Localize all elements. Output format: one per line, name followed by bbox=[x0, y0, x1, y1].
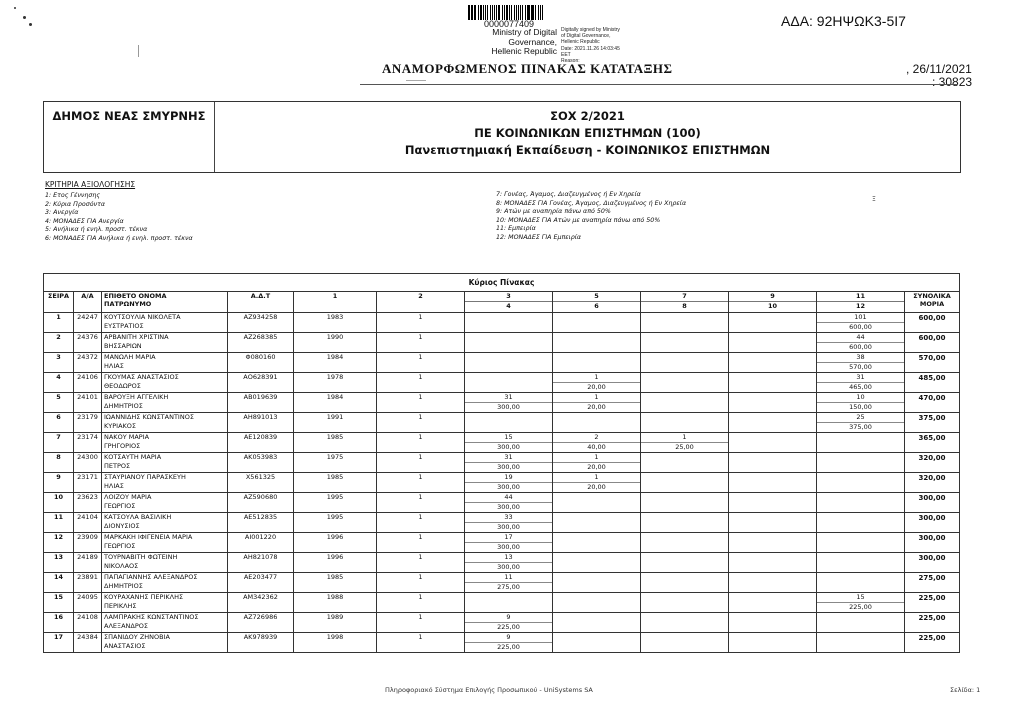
cell-aa: 23171 bbox=[74, 473, 102, 493]
cell-unemployment: 17300,00 bbox=[465, 533, 553, 553]
cell-main-qualification: 1 bbox=[377, 313, 465, 333]
cell-aa: 23623 bbox=[74, 493, 102, 513]
cell-disability bbox=[729, 613, 817, 633]
cell-birth-year: 1984 bbox=[294, 353, 377, 373]
table-row: 324372ΜΑΝΩΛΗ ΜΑΡΙΑΗΛΙΑΣΦ0801601984138570… bbox=[44, 353, 960, 373]
cell-children bbox=[553, 613, 641, 633]
cell-disability bbox=[729, 373, 817, 393]
cell-experience bbox=[817, 573, 905, 593]
cell-children bbox=[553, 533, 641, 553]
cell-experience: 10150,00 bbox=[817, 393, 905, 413]
criteria-title: ΚΡΙΤΗΡΙΑ ΑΞΙΟΛΟΓΗΣΗΣ bbox=[45, 180, 135, 189]
cell-aa: 24104 bbox=[74, 513, 102, 533]
col-aa: Α/Α bbox=[74, 292, 102, 313]
cell-seq: 9 bbox=[44, 473, 74, 493]
cell-experience bbox=[817, 533, 905, 553]
cell-single-parent bbox=[641, 493, 729, 513]
cell-seq: 1 bbox=[44, 313, 74, 333]
criterion: 6: ΜΟΝΑΔΕΣ ΓΙΑ Ανήλικα ή ενηλ. προστ. τέ… bbox=[45, 235, 193, 244]
col-9-10: 910 bbox=[729, 292, 817, 313]
col-seq: ΣΕΙΡΑ bbox=[44, 292, 74, 313]
document-date: , 26/11/2021 bbox=[906, 62, 972, 76]
cell-name: ΣΤΑΥΡΙΑΝΟΥ ΠΑΡΑΣΚΕΥΗΗΛΙΑΣ bbox=[102, 473, 228, 493]
cell-adt: Φ080160 bbox=[228, 353, 294, 373]
cell-unemployment bbox=[465, 593, 553, 613]
cell-birth-year: 1989 bbox=[294, 613, 377, 633]
cell-birth-year: 1995 bbox=[294, 493, 377, 513]
footer-system: Πληροφοριακό Σύστημα Επιλογής Προσωπικού… bbox=[385, 686, 593, 694]
cell-disability bbox=[729, 533, 817, 553]
cell-aa: 24300 bbox=[74, 453, 102, 473]
cell-total-points: 300,00 bbox=[905, 493, 960, 513]
cell-seq: 3 bbox=[44, 353, 74, 373]
cell-aa: 24095 bbox=[74, 593, 102, 613]
ranking-table: Κύριος Πίνακας ΣΕΙΡΑ Α/Α ΕΠΙΘΕΤΟ ΟΝΟΜΑ Π… bbox=[43, 273, 960, 653]
table-row: 923171ΣΤΑΥΡΙΑΝΟΥ ΠΑΡΑΣΚΕΥΗΗΛΙΑΣΧ56132519… bbox=[44, 473, 960, 493]
info-box: ΔΗΜΟΣ ΝΕΑΣ ΣΜΥΡΝΗΣ ΣΟΧ 2/2021 ΠΕ ΚΟΙΝΩΝΙ… bbox=[43, 101, 961, 173]
cell-disability bbox=[729, 633, 817, 653]
cell-unemployment: 31300,00 bbox=[465, 453, 553, 473]
cell-adt: ΑΕ203477 bbox=[228, 573, 294, 593]
cell-birth-year: 1991 bbox=[294, 413, 377, 433]
cell-main-qualification: 1 bbox=[377, 573, 465, 593]
cell-experience bbox=[817, 553, 905, 573]
cell-children bbox=[553, 313, 641, 333]
cell-seq: 7 bbox=[44, 433, 74, 453]
cell-name: ΝΑΚΟΥ ΜΑΡΙΑΓΡΗΓΟΡΙΟΣ bbox=[102, 433, 228, 453]
cell-experience bbox=[817, 613, 905, 633]
cell-total-points: 375,00 bbox=[905, 413, 960, 433]
col-3-4: 34 bbox=[465, 292, 553, 313]
table-caption: Κύριος Πίνακας bbox=[44, 274, 960, 292]
scan-speck bbox=[14, 7, 16, 9]
cell-name: ΑΡΒΑΝΙΤΗ ΧΡΙΣΤΙΝΑΒΗΣΣΑΡΙΩΝ bbox=[102, 333, 228, 353]
cell-experience bbox=[817, 493, 905, 513]
cell-name: ΣΠΑΝΙΔΟΥ ΖΗΝΟΒΙΑΑΝΑΣΤΑΣΙΟΣ bbox=[102, 633, 228, 653]
cell-aa: 23179 bbox=[74, 413, 102, 433]
cell-adt: ΑΟ628391 bbox=[228, 373, 294, 393]
cell-name: ΚΟΤΣΑΥΤΗ ΜΑΡΙΑΠΕΤΡΟΣ bbox=[102, 453, 228, 473]
cell-single-parent bbox=[641, 513, 729, 533]
cell-adt: ΑΖ268385 bbox=[228, 333, 294, 353]
cell-total-points: 570,00 bbox=[905, 353, 960, 373]
criterion: 3: Ανεργία bbox=[45, 209, 193, 218]
cell-single-parent bbox=[641, 473, 729, 493]
cell-name: ΠΑΠΑΓΙΑΝΝΗΣ ΑΛΕΞΑΝΔΡΟΣΔΗΜΗΤΡΙΟΣ bbox=[102, 573, 228, 593]
header-divider bbox=[360, 84, 958, 85]
cell-main-qualification: 1 bbox=[377, 553, 465, 573]
cell-seq: 2 bbox=[44, 333, 74, 353]
cell-total-points: 225,00 bbox=[905, 633, 960, 653]
cell-birth-year: 1975 bbox=[294, 453, 377, 473]
col-5-6: 56 bbox=[553, 292, 641, 313]
cell-experience bbox=[817, 433, 905, 453]
cell-aa: 23174 bbox=[74, 433, 102, 453]
table-row: 1724384ΣΠΑΝΙΔΟΥ ΖΗΝΟΒΙΑΑΝΑΣΤΑΣΙΟΣΑΚ97893… bbox=[44, 633, 960, 653]
cell-name: ΚΑΤΣΟΥΛΑ ΒΑΣΙΛΙΚΗΔΙΟΝΥΣΙΟΣ bbox=[102, 513, 228, 533]
col-1: 1 bbox=[294, 292, 377, 313]
cell-aa: 24189 bbox=[74, 553, 102, 573]
cell-seq: 17 bbox=[44, 633, 74, 653]
cell-aa: 23891 bbox=[74, 573, 102, 593]
cell-total-points: 300,00 bbox=[905, 553, 960, 573]
cell-birth-year: 1996 bbox=[294, 533, 377, 553]
cell-unemployment: 44300,00 bbox=[465, 493, 553, 513]
cell-disability bbox=[729, 573, 817, 593]
cell-children bbox=[553, 633, 641, 653]
criterion: 5: Ανήλικα ή ενηλ. προστ. τέκνα bbox=[45, 226, 193, 235]
scan-speck bbox=[29, 23, 32, 26]
cell-main-qualification: 1 bbox=[377, 353, 465, 373]
cell-disability bbox=[729, 493, 817, 513]
cell-aa: 23909 bbox=[74, 533, 102, 553]
table-row: 124247ΚΟΥΤΣΟΥΛΙΑ ΝΙΚΟΛΕΤΑΕΥΣΤΡΑΤΙΟΣΑΖ934… bbox=[44, 313, 960, 333]
cell-seq: 13 bbox=[44, 553, 74, 573]
cell-single-parent: 125,00 bbox=[641, 433, 729, 453]
col-11-12: 1112 bbox=[817, 292, 905, 313]
cell-aa: 24108 bbox=[74, 613, 102, 633]
cell-children bbox=[553, 493, 641, 513]
cell-experience: 44600,00 bbox=[817, 333, 905, 353]
table-row: 1423891ΠΑΠΑΓΙΑΝΝΗΣ ΑΛΕΞΑΝΔΡΟΣΔΗΜΗΤΡΙΟΣΑΕ… bbox=[44, 573, 960, 593]
table-row: 524101ΒΑΡΟΥΞΗ ΑΓΓΕΛΙΚΗΔΗΜΗΤΡΙΟΣΑΒ0196391… bbox=[44, 393, 960, 413]
table-row: 1524095ΚΟΥΡΑΧΑΝΗΣ ΠΕΡΙΚΛΗΣΠΕΡΙΚΛΗΣΑΜ3423… bbox=[44, 593, 960, 613]
criteria-list-left: 1: Ετος Γέννησης 2: Κύρια Προσόντα 3: Αν… bbox=[45, 192, 193, 243]
cell-experience: 15225,00 bbox=[817, 593, 905, 613]
cell-main-qualification: 1 bbox=[377, 493, 465, 513]
organization-name: ΔΗΜΟΣ ΝΕΑΣ ΣΜΥΡΝΗΣ bbox=[44, 102, 215, 172]
cell-main-qualification: 1 bbox=[377, 413, 465, 433]
cell-total-points: 320,00 bbox=[905, 453, 960, 473]
cell-adt: ΑΚ978939 bbox=[228, 633, 294, 653]
cell-unemployment bbox=[465, 413, 553, 433]
criterion: 12: ΜΟΝΑΔΕΣ ΓΙΑ Εμπειρία bbox=[496, 234, 686, 243]
cell-disability bbox=[729, 433, 817, 453]
cell-experience bbox=[817, 633, 905, 653]
scan-speck bbox=[138, 45, 139, 57]
scan-speck bbox=[23, 16, 26, 19]
cell-unemployment: 31300,00 bbox=[465, 393, 553, 413]
cell-single-parent bbox=[641, 613, 729, 633]
criterion: 2: Κύρια Προσόντα bbox=[45, 201, 193, 210]
cell-experience bbox=[817, 473, 905, 493]
cell-birth-year: 1978 bbox=[294, 373, 377, 393]
cell-single-parent bbox=[641, 333, 729, 353]
criterion: 11: Εμπειρία bbox=[496, 225, 686, 234]
cell-experience: 101600,00 bbox=[817, 313, 905, 333]
cell-disability bbox=[729, 333, 817, 353]
cell-name: ΙΩΑΝΝΙΔΗΣ ΚΩΝΣΤΑΝΤΙΝΟΣΚΥΡΙΑΚΟΣ bbox=[102, 413, 228, 433]
cell-unemployment bbox=[465, 353, 553, 373]
criterion: 7: Γονέας, Άγαμος, Διαζευγμένος ή Εν Χηρ… bbox=[496, 191, 686, 200]
cell-birth-year: 1985 bbox=[294, 473, 377, 493]
digital-signature-details: Digitally signed by Ministry of Digital … bbox=[561, 27, 620, 64]
col-7-8: 78 bbox=[641, 292, 729, 313]
cell-seq: 14 bbox=[44, 573, 74, 593]
cell-single-parent bbox=[641, 373, 729, 393]
announcement-code: ΣΟΧ 2/2021 bbox=[215, 108, 960, 125]
cell-children bbox=[553, 593, 641, 613]
cell-total-points: 320,00 bbox=[905, 473, 960, 493]
cell-disability bbox=[729, 593, 817, 613]
cell-children bbox=[553, 413, 641, 433]
cell-unemployment bbox=[465, 313, 553, 333]
criteria-list-right: 7: Γονέας, Άγαμος, Διαζευγμένος ή Εν Χηρ… bbox=[496, 191, 686, 242]
cell-main-qualification: 1 bbox=[377, 633, 465, 653]
cell-seq: 6 bbox=[44, 413, 74, 433]
cell-children bbox=[553, 553, 641, 573]
cell-total-points: 275,00 bbox=[905, 573, 960, 593]
col-2: 2 bbox=[377, 292, 465, 313]
cell-adt: ΑΖ590680 bbox=[228, 493, 294, 513]
cell-experience bbox=[817, 453, 905, 473]
table-row: 824300ΚΟΤΣΑΥΤΗ ΜΑΡΙΑΠΕΤΡΟΣΑΚ053983197513… bbox=[44, 453, 960, 473]
cell-adt: ΑΗ821078 bbox=[228, 553, 294, 573]
cell-seq: 11 bbox=[44, 513, 74, 533]
cell-total-points: 225,00 bbox=[905, 613, 960, 633]
barcode bbox=[468, 5, 543, 20]
cell-seq: 5 bbox=[44, 393, 74, 413]
cell-adt: ΑΖ934258 bbox=[228, 313, 294, 333]
cell-unemployment: 11275,00 bbox=[465, 573, 553, 593]
header-dash bbox=[406, 80, 426, 81]
cell-experience: 25375,00 bbox=[817, 413, 905, 433]
cell-unemployment bbox=[465, 333, 553, 353]
cell-seq: 4 bbox=[44, 373, 74, 393]
criterion: 10: ΜΟΝΑΔΕΣ ΓΙΑ Ατών με αναπηρία πάνω απ… bbox=[496, 217, 686, 226]
cell-birth-year: 1996 bbox=[294, 553, 377, 573]
cell-experience: 38570,00 bbox=[817, 353, 905, 373]
cell-single-parent bbox=[641, 593, 729, 613]
table-row: 424106ΓΚΟΥΜΑΣ ΑΝΑΣΤΑΣΙΟΣΘΕΟΔΩΡΟΣΑΟ628391… bbox=[44, 373, 960, 393]
cell-name: ΛΑΜΠΡΑΚΗΣ ΚΩΝΣΤΑΝΤΙΝΟΣΑΛΕΞΑΝΔΡΟΣ bbox=[102, 613, 228, 633]
cell-main-qualification: 1 bbox=[377, 433, 465, 453]
cell-unemployment bbox=[465, 373, 553, 393]
cell-name: ΚΟΥΡΑΧΑΝΗΣ ΠΕΡΙΚΛΗΣΠΕΡΙΚΛΗΣ bbox=[102, 593, 228, 613]
cell-single-parent bbox=[641, 533, 729, 553]
criterion: 1: Ετος Γέννησης bbox=[45, 192, 193, 201]
scan-mark: Ξ bbox=[872, 196, 876, 203]
cell-total-points: 300,00 bbox=[905, 513, 960, 533]
cell-name: ΒΑΡΟΥΞΗ ΑΓΓΕΛΙΚΗΔΗΜΗΤΡΙΟΣ bbox=[102, 393, 228, 413]
cell-children: 240,00 bbox=[553, 433, 641, 453]
cell-birth-year: 1998 bbox=[294, 633, 377, 653]
cell-adt: ΑΚ053983 bbox=[228, 453, 294, 473]
table-row: 1624108ΛΑΜΠΡΑΚΗΣ ΚΩΝΣΤΑΝΤΙΝΟΣΑΛΕΞΑΝΔΡΟΣΑ… bbox=[44, 613, 960, 633]
table-row: 623179ΙΩΑΝΝΙΔΗΣ ΚΩΝΣΤΑΝΤΙΝΟΣΚΥΡΙΑΚΟΣΑΗ89… bbox=[44, 413, 960, 433]
cell-disability bbox=[729, 393, 817, 413]
cell-name: ΓΚΟΥΜΑΣ ΑΝΑΣΤΑΣΙΟΣΘΕΟΔΩΡΟΣ bbox=[102, 373, 228, 393]
specialty: ΠΕ ΚΟΙΝΩΝΙΚΩΝ ΕΠΙΣΤΗΜΩΝ (100) bbox=[215, 125, 960, 142]
cell-disability bbox=[729, 553, 817, 573]
cell-birth-year: 1985 bbox=[294, 573, 377, 593]
cell-single-parent bbox=[641, 413, 729, 433]
cell-children bbox=[553, 333, 641, 353]
cell-total-points: 225,00 bbox=[905, 593, 960, 613]
cell-main-qualification: 1 bbox=[377, 373, 465, 393]
cell-single-parent bbox=[641, 573, 729, 593]
cell-unemployment: 9225,00 bbox=[465, 633, 553, 653]
cell-disability bbox=[729, 413, 817, 433]
cell-disability bbox=[729, 513, 817, 533]
cell-adt: ΑΜ342362 bbox=[228, 593, 294, 613]
announcement-info: ΣΟΧ 2/2021 ΠΕ ΚΟΙΝΩΝΙΚΩΝ ΕΠΙΣΤΗΜΩΝ (100)… bbox=[215, 102, 960, 172]
cell-aa: 24384 bbox=[74, 633, 102, 653]
table-row: 1023623ΛΟΙΖΟΥ ΜΑΡΙΑΓΕΩΡΓΙΟΣΑΖ59068019951… bbox=[44, 493, 960, 513]
cell-experience bbox=[817, 513, 905, 533]
cell-total-points: 485,00 bbox=[905, 373, 960, 393]
cell-birth-year: 1988 bbox=[294, 593, 377, 613]
cell-single-parent bbox=[641, 453, 729, 473]
cell-children: 120,00 bbox=[553, 373, 641, 393]
table-row: 224376ΑΡΒΑΝΙΤΗ ΧΡΙΣΤΙΝΑΒΗΣΣΑΡΙΩΝΑΖ268385… bbox=[44, 333, 960, 353]
col-total: ΣΥΝΟΛΙΚΑ ΜΟΡΙΑ bbox=[905, 292, 960, 313]
cell-birth-year: 1990 bbox=[294, 333, 377, 353]
cell-aa: 24106 bbox=[74, 373, 102, 393]
cell-experience: 31465,00 bbox=[817, 373, 905, 393]
ministry-signer: Ministry of Digital Governance, Hellenic… bbox=[485, 28, 557, 57]
cell-name: ΜΑΡΚΑΚΗ ΙΦΙΓΕΝΕΙΑ ΜΑΡΙΑΓΕΩΡΓΙΟΣ bbox=[102, 533, 228, 553]
protocol-number: : 30823 bbox=[932, 75, 972, 89]
col-adt: Α.Δ.Τ bbox=[228, 292, 294, 313]
cell-total-points: 470,00 bbox=[905, 393, 960, 413]
cell-birth-year: 1995 bbox=[294, 513, 377, 533]
cell-single-parent bbox=[641, 633, 729, 653]
cell-adt: ΑΒ019639 bbox=[228, 393, 294, 413]
cell-children: 120,00 bbox=[553, 453, 641, 473]
cell-single-parent bbox=[641, 393, 729, 413]
cell-unemployment: 33300,00 bbox=[465, 513, 553, 533]
cell-main-qualification: 1 bbox=[377, 533, 465, 553]
cell-total-points: 600,00 bbox=[905, 333, 960, 353]
cell-unemployment: 15300,00 bbox=[465, 433, 553, 453]
table-row: 1124104ΚΑΤΣΟΥΛΑ ΒΑΣΙΛΙΚΗΔΙΟΝΥΣΙΟΣΑΕ51283… bbox=[44, 513, 960, 533]
cell-single-parent bbox=[641, 553, 729, 573]
position-title: Πανεπιστημιακή Εκπαίδευση - ΚΟΙΝΩΝΙΚΟΣ Ε… bbox=[215, 142, 960, 159]
table-row: 723174ΝΑΚΟΥ ΜΑΡΙΑΓΡΗΓΟΡΙΟΣΑΕ120839198511… bbox=[44, 433, 960, 453]
cell-aa: 24372 bbox=[74, 353, 102, 373]
cell-single-parent bbox=[641, 313, 729, 333]
cell-adt: ΑΕ512835 bbox=[228, 513, 294, 533]
cell-adt: ΑΗ891013 bbox=[228, 413, 294, 433]
cell-seq: 10 bbox=[44, 493, 74, 513]
cell-children: 120,00 bbox=[553, 473, 641, 493]
cell-main-qualification: 1 bbox=[377, 613, 465, 633]
cell-total-points: 600,00 bbox=[905, 313, 960, 333]
ada-code: ΑΔΑ: 92ΗΨΩΚ3-5Ι7 bbox=[781, 13, 906, 29]
cell-main-qualification: 1 bbox=[377, 393, 465, 413]
cell-aa: 24376 bbox=[74, 333, 102, 353]
cell-adt: Χ561325 bbox=[228, 473, 294, 493]
cell-adt: ΑΙ001220 bbox=[228, 533, 294, 553]
criterion: 9: Ατών με αναπηρία πάνω από 50% bbox=[496, 208, 686, 217]
cell-seq: 8 bbox=[44, 453, 74, 473]
cell-aa: 24101 bbox=[74, 393, 102, 413]
cell-name: ΚΟΥΤΣΟΥΛΙΑ ΝΙΚΟΛΕΤΑΕΥΣΤΡΑΤΙΟΣ bbox=[102, 313, 228, 333]
cell-children bbox=[553, 573, 641, 593]
cell-main-qualification: 1 bbox=[377, 593, 465, 613]
cell-adt: ΑΕ120839 bbox=[228, 433, 294, 453]
cell-children bbox=[553, 513, 641, 533]
cell-disability bbox=[729, 473, 817, 493]
cell-name: ΛΟΙΖΟΥ ΜΑΡΙΑΓΕΩΡΓΙΟΣ bbox=[102, 493, 228, 513]
table-header-row: ΣΕΙΡΑ Α/Α ΕΠΙΘΕΤΟ ΟΝΟΜΑ ΠΑΤΡΩΝΥΜΟ Α.Δ.Τ … bbox=[44, 292, 960, 313]
cell-total-points: 365,00 bbox=[905, 433, 960, 453]
cell-birth-year: 1985 bbox=[294, 433, 377, 453]
cell-main-qualification: 1 bbox=[377, 453, 465, 473]
cell-children: 120,00 bbox=[553, 393, 641, 413]
cell-children bbox=[553, 353, 641, 373]
cell-main-qualification: 1 bbox=[377, 473, 465, 493]
cell-seq: 15 bbox=[44, 593, 74, 613]
cell-adt: ΑΖ726986 bbox=[228, 613, 294, 633]
cell-unemployment: 9225,00 bbox=[465, 613, 553, 633]
document-title: ΑΝΑΜΟΡΦΩΜΕΝΟΣ ΠΙΝΑΚΑΣ ΚΑΤΑΤΑΞΗΣ bbox=[382, 61, 673, 77]
cell-unemployment: 13300,00 bbox=[465, 553, 553, 573]
cell-main-qualification: 1 bbox=[377, 333, 465, 353]
cell-main-qualification: 1 bbox=[377, 513, 465, 533]
cell-seq: 12 bbox=[44, 533, 74, 553]
page-number: Σελίδα: 1 bbox=[950, 686, 980, 694]
cell-name: ΤΟΥΡΝΑΒΙΤΗ ΦΩΤΕΙΝΗΝΙΚΟΛΑΟΣ bbox=[102, 553, 228, 573]
cell-single-parent bbox=[641, 353, 729, 373]
cell-name: ΜΑΝΩΛΗ ΜΑΡΙΑΗΛΙΑΣ bbox=[102, 353, 228, 373]
table-row: 1324189ΤΟΥΡΝΑΒΙΤΗ ΦΩΤΕΙΝΗΝΙΚΟΛΑΟΣΑΗ82107… bbox=[44, 553, 960, 573]
cell-seq: 16 bbox=[44, 613, 74, 633]
cell-birth-year: 1983 bbox=[294, 313, 377, 333]
cell-disability bbox=[729, 453, 817, 473]
cell-aa: 24247 bbox=[74, 313, 102, 333]
cell-birth-year: 1984 bbox=[294, 393, 377, 413]
table-row: 1223909ΜΑΡΚΑΚΗ ΙΦΙΓΕΝΕΙΑ ΜΑΡΙΑΓΕΩΡΓΙΟΣΑΙ… bbox=[44, 533, 960, 553]
criterion: 8: ΜΟΝΑΔΕΣ ΓΙΑ Γονέας, Άγαμος, Διαζευγμέ… bbox=[496, 200, 686, 209]
col-name: ΕΠΙΘΕΤΟ ΟΝΟΜΑ ΠΑΤΡΩΝΥΜΟ bbox=[102, 292, 228, 313]
cell-disability bbox=[729, 313, 817, 333]
cell-disability bbox=[729, 353, 817, 373]
cell-total-points: 300,00 bbox=[905, 533, 960, 553]
cell-unemployment: 19300,00 bbox=[465, 473, 553, 493]
criterion: 4: ΜΟΝΑΔΕΣ ΓΙΑ Ανεργία bbox=[45, 218, 193, 227]
